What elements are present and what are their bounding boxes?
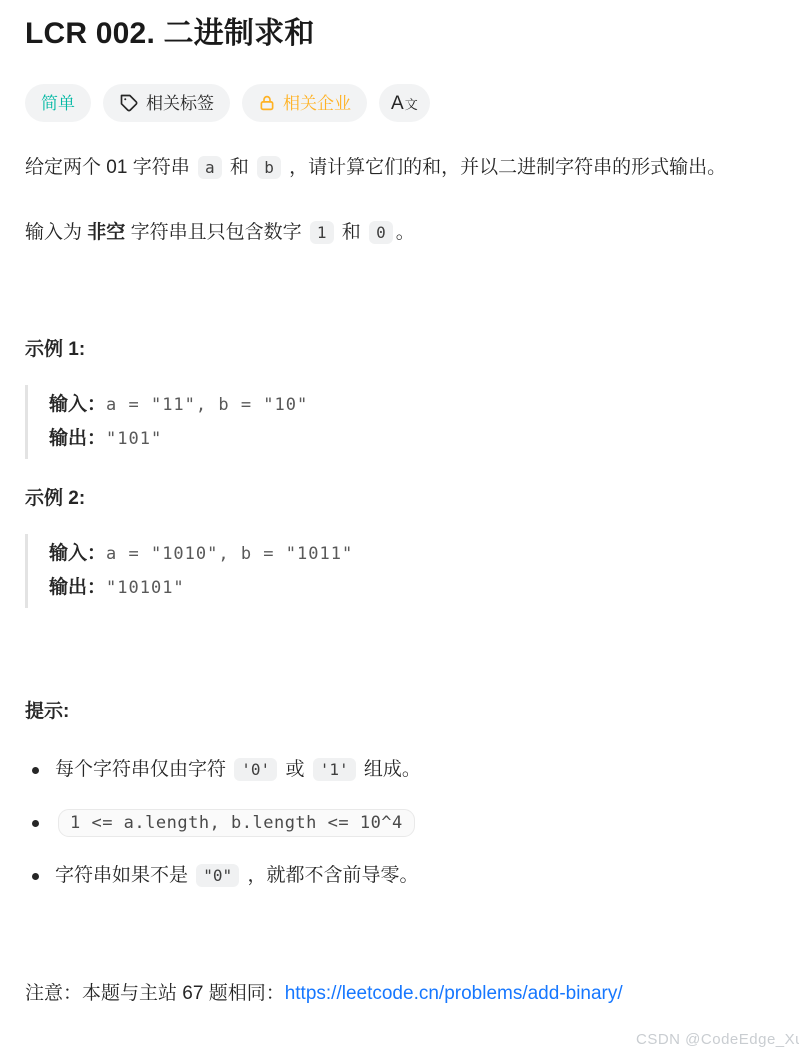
main-site-link[interactable]: https://leetcode.cn/problems/add-binary/: [285, 983, 623, 1004]
example-2-block: 输入：a = "1010", b = "1011" 输出："10101": [25, 534, 774, 608]
text-segment: ，就都不含前导零。: [242, 865, 418, 886]
inline-code-quote-zero: "0": [196, 864, 239, 887]
inline-code-a: a: [198, 156, 222, 179]
text-segment: 给定两个 01 字符串: [25, 157, 195, 178]
related-companies-label: 相关企业: [283, 95, 351, 112]
text-segment: 或: [280, 759, 310, 780]
inline-code-1: 1: [310, 221, 334, 244]
example-input-line: 输入：a = "1010", b = "1011": [49, 537, 774, 571]
bold-text: 非空: [87, 222, 125, 243]
text-segment: ，请计算它们的和，并以二进制字符串的形式输出。: [284, 157, 726, 178]
hints-heading: 提示:: [25, 699, 774, 725]
watermark: CSDN @CodeEdge_Xu: [636, 1031, 799, 1048]
lock-icon: [258, 94, 276, 112]
constraint-code: 1 <= a.length, b.length <= 10^4: [58, 809, 415, 837]
example-output-line: 输出："10101": [49, 571, 774, 605]
problem-content: LCR 002. 二进制求和 简单 相关标签 相关企业 A: [0, 14, 799, 1009]
inline-code-b: b: [257, 156, 281, 179]
example-input-line: 输入：a = "11", b = "10": [49, 388, 774, 422]
text-segment: 字符串且只包含数字: [125, 222, 307, 243]
difficulty-label: 简单: [41, 95, 75, 112]
hint-item-1: 每个字符串仅由字符 '0' 或 '1' 组成。: [25, 755, 774, 785]
description-paragraph-1: 给定两个 01 字符串 a 和 b ，请计算它们的和，并以二进制字符串的形式输出…: [25, 152, 774, 184]
note-text: 注意：本题与主站 67 题相同：: [25, 983, 285, 1004]
related-tags-button[interactable]: 相关标签: [103, 84, 230, 122]
example-2-heading: 示例 2:: [25, 486, 774, 512]
text-segment: 。: [396, 222, 415, 243]
inline-code-quote-0: '0': [234, 758, 277, 781]
output-value: "101": [106, 429, 162, 449]
output-label: 输出：: [49, 577, 106, 598]
problem-title: LCR 002. 二进制求和: [25, 14, 774, 54]
hints-list: 每个字符串仅由字符 '0' 或 '1' 组成。 1 <= a.length, b…: [25, 755, 774, 891]
inline-code-0: 0: [369, 221, 393, 244]
hint-text: 1 <= a.length, b.length <= 10^4: [55, 808, 418, 838]
bullet-dot: [32, 820, 39, 827]
tag-icon: [119, 93, 139, 113]
text-segment: 组成。: [359, 759, 421, 780]
output-value: "10101": [106, 578, 185, 598]
related-tags-label: 相关标签: [146, 95, 214, 112]
hint-item-3: 字符串如果不是 "0" ，就都不含前导零。: [25, 861, 774, 891]
related-companies-button[interactable]: 相关企业: [242, 84, 367, 122]
input-value: a = "11", b = "10": [106, 395, 308, 415]
text-segment: 输入为: [25, 222, 87, 243]
inline-code-quote-1: '1': [313, 758, 356, 781]
text-segment: 每个字符串仅由字符: [55, 759, 231, 780]
output-label: 输出：: [49, 428, 106, 449]
difficulty-badge[interactable]: 简单: [25, 84, 91, 122]
bullet-dot: [32, 767, 39, 774]
example-1-heading: 示例 1:: [25, 337, 774, 363]
translate-toggle-button[interactable]: A文: [379, 84, 430, 122]
input-label: 输入：: [49, 394, 106, 415]
text-segment: 和: [225, 157, 255, 178]
description-paragraph-2: 输入为 非空 字符串且只包含数字 1 和 0。: [25, 217, 774, 249]
hint-item-2: 1 <= a.length, b.length <= 10^4: [25, 808, 774, 838]
badge-row: 简单 相关标签 相关企业 A文: [25, 84, 774, 122]
input-label: 输入：: [49, 543, 106, 564]
hint-text: 字符串如果不是 "0" ，就都不含前导零。: [55, 861, 418, 891]
example-output-line: 输出："101": [49, 422, 774, 456]
bullet-dot: [32, 873, 39, 880]
translate-icon: A文: [391, 94, 418, 113]
text-segment: 和: [337, 222, 367, 243]
text-segment: 字符串如果不是: [55, 865, 193, 886]
footer-note: 注意：本题与主站 67 题相同：https://leetcode.cn/prob…: [25, 979, 774, 1009]
example-1-block: 输入：a = "11", b = "10" 输出："101": [25, 385, 774, 459]
input-value: a = "1010", b = "1011": [106, 544, 353, 564]
hint-text: 每个字符串仅由字符 '0' 或 '1' 组成。: [55, 755, 421, 785]
problem-page: { "header": { "title": "LCR 002. 二进制求和",…: [0, 0, 799, 1053]
